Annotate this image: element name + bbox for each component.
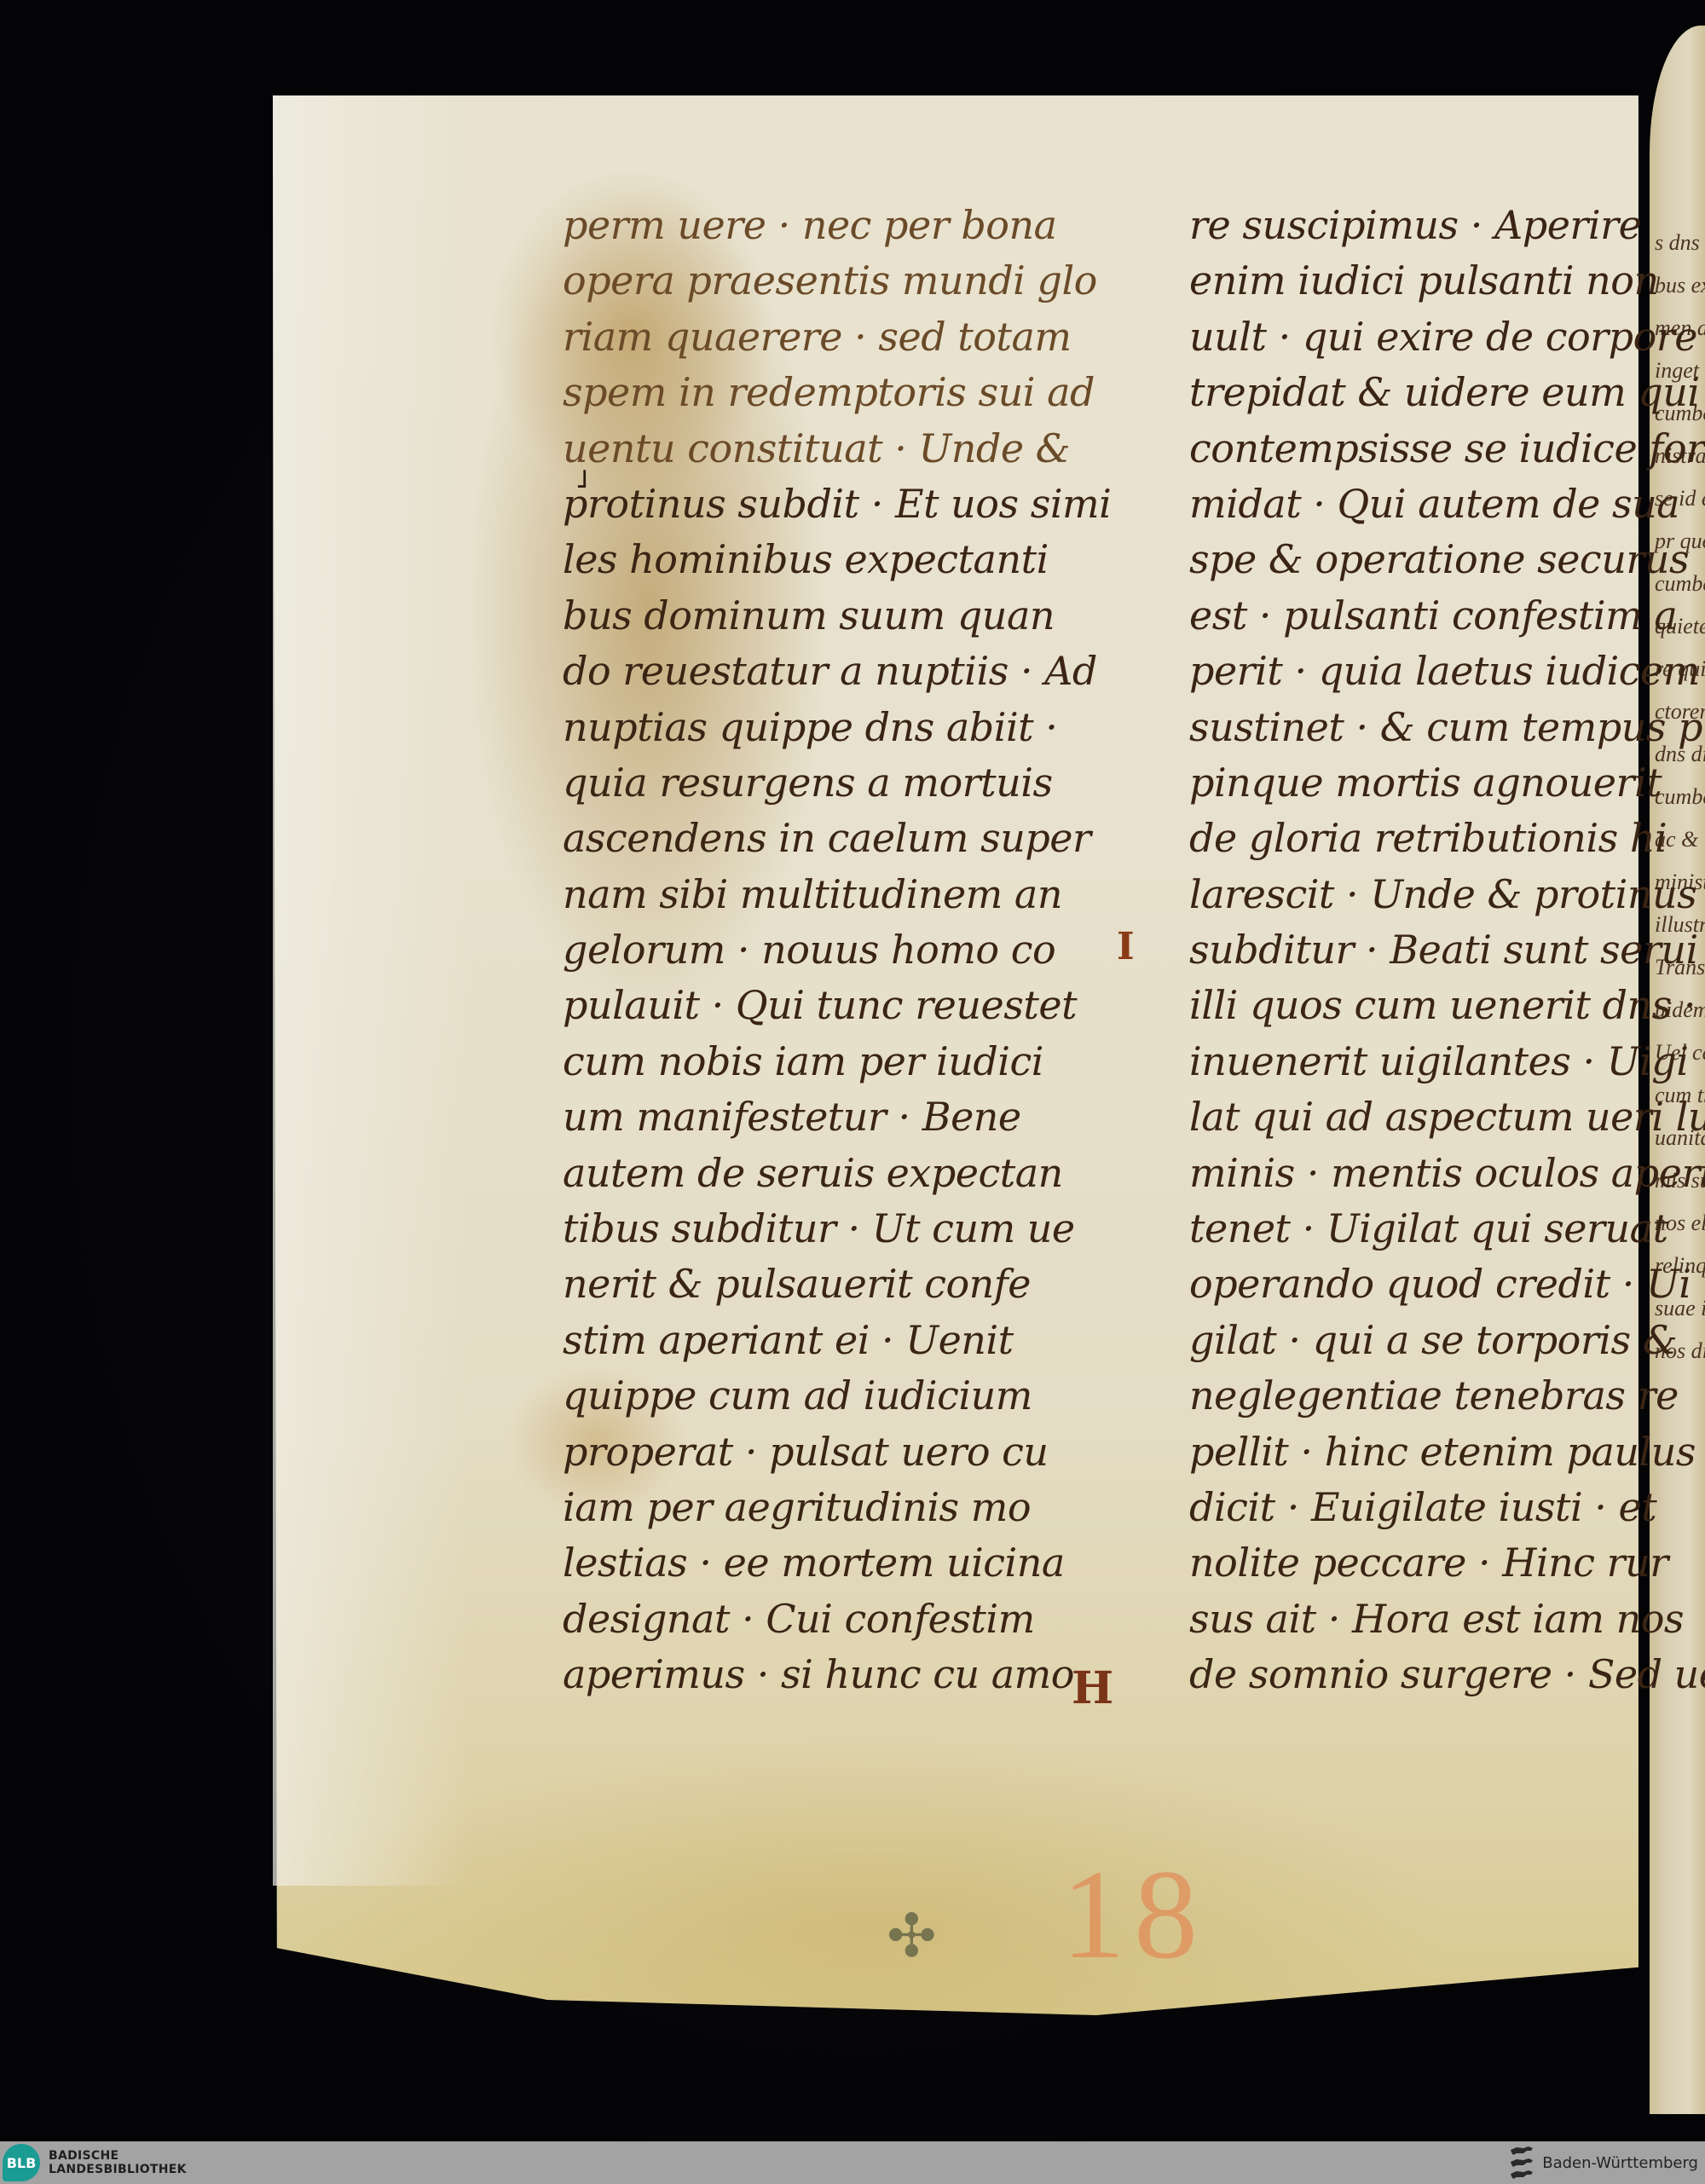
text-line: properat · pulsat uero cu (563, 1424, 1108, 1480)
quire-signature-mark: H (1072, 1662, 1113, 1714)
text-line: bus dominum suum quan (563, 588, 1108, 644)
text-line: est · pulsanti confestim a (1189, 588, 1650, 644)
text-line: trepidat & uidere eum qui (1189, 365, 1650, 420)
blb-logo[interactable]: BLB BADISCHE LANDESBIBLIOTHEK (0, 2141, 187, 2184)
text-line: aperimus · si hunc cu amo (563, 1647, 1108, 1702)
text-line: spe & operatione securus (1189, 532, 1650, 587)
blb-badge-icon: BLB (3, 2144, 40, 2181)
text-line: nerit & pulsauerit confe (563, 1257, 1108, 1312)
text-line: uult · qui exire de corpore (1189, 309, 1650, 365)
text-line: nolite peccare · Hinc rur (1189, 1535, 1650, 1591)
text-line: lat qui ad aspectum ueri lu (1189, 1089, 1650, 1145)
text-line: autem de seruis expectan (563, 1146, 1108, 1201)
text-line: perit · quia laetus iudicem (1189, 644, 1650, 699)
footer-bar: BLB BADISCHE LANDESBIBLIOTHEK Baden-Würt… (0, 2141, 1705, 2184)
text-line: re suscipimus · Aperire (1189, 198, 1650, 253)
blb-line-1: BADISCHE (49, 2149, 187, 2163)
text-column-right: re suscipimus · Aperire enim iudici puls… (1189, 198, 1650, 1703)
text-line: quippe cum ad iudicium (563, 1368, 1108, 1424)
baden-wuerttemberg-wordmark: Baden-Württemberg (1542, 2154, 1698, 2172)
text-line: contempsisse se iudice for (1189, 421, 1650, 477)
text-line: lestias · ee mortem uicina (563, 1535, 1108, 1591)
ink-blot: ✣ (887, 1901, 937, 1971)
text-line: tibus subditur · Ut cum ue (563, 1201, 1108, 1257)
text-line: ascendens in caelum super (563, 811, 1108, 866)
text-line: spem in redemptoris sui ad (563, 365, 1108, 420)
text-line: perm uere · nec per bona (563, 198, 1108, 253)
text-line: de somnio surgere · Sed ue (1189, 1647, 1650, 1702)
text-line: pinque mortis agnouerit (1189, 755, 1650, 811)
text-line: quia resurgens a mortuis (563, 755, 1108, 811)
text-line: tenet · Uigilat qui seruat (1189, 1201, 1650, 1257)
margin-tick-mark: ˩ (575, 465, 588, 494)
text-line: neglegentiae tenebras re (1189, 1368, 1650, 1424)
text-line: protinus subdit · Et uos simi (563, 477, 1108, 532)
text-line: sustinet · & cum tempus p (1189, 700, 1650, 755)
text-line: larescit · Unde & protinus (1189, 867, 1650, 922)
text-line: operando quod credit · Ui (1189, 1257, 1650, 1312)
text-line: gilat · qui a se torporis & (1189, 1313, 1650, 1368)
text-line: illi quos cum uenerit dns · (1189, 978, 1650, 1033)
text-line: nuptias quippe dns abiit · (563, 700, 1108, 755)
text-line: designat · Cui confestim (563, 1592, 1108, 1647)
text-line: opera praesentis mundi glo (563, 253, 1108, 309)
text-line: uentu constituat · Unde & (563, 421, 1108, 477)
text-line: nam sibi multitudinem an (563, 867, 1108, 922)
text-line: pellit · hinc etenim paulus (1189, 1424, 1650, 1480)
text-line: les hominibus expectanti (563, 532, 1108, 587)
text-line: sus ait · Hora est iam nos (1189, 1592, 1650, 1647)
text-line: inuenerit uigilantes · Uigi (1189, 1034, 1650, 1089)
three-lions-icon (1508, 2143, 1535, 2182)
folio-number: 18 (1061, 1841, 1206, 1988)
text-line: iam per aegritudinis mo (563, 1480, 1108, 1535)
text-line: stim aperiant ei · Uenit (563, 1313, 1108, 1368)
text-line: de gloria retributionis hi (1189, 811, 1650, 866)
text-line: um manifestetur · Bene (563, 1089, 1108, 1145)
text-line: pulauit · Qui tunc reuestet (563, 978, 1108, 1033)
baden-wuerttemberg-logo[interactable]: Baden-Württemberg (1508, 2143, 1698, 2182)
text-line: dicit · Euigilate iusti · et (1189, 1480, 1650, 1535)
text-line: cum nobis iam per iudici (563, 1034, 1108, 1089)
text-line: midat · Qui autem de sua (1189, 477, 1650, 532)
text-line: enim iudici pulsanti non (1189, 253, 1650, 309)
text-line: riam quaerere · sed totam (563, 309, 1108, 365)
blb-line-2: LANDESBIBLIOTHEK (49, 2163, 187, 2176)
margin-initial-mark: I (1117, 925, 1135, 968)
text-column-left: perm uere · nec per bona opera praesenti… (563, 198, 1108, 1703)
text-line: do reuestatur a nuptiis · Ad (563, 644, 1108, 699)
text-line: gelorum · nouus homo co (563, 922, 1108, 978)
text-line: minis · mentis oculos apertos (1189, 1146, 1650, 1201)
text-line: subditur · Beati sunt serui (1189, 922, 1650, 978)
blb-wordmark: BADISCHE LANDESBIBLIOTHEK (49, 2149, 187, 2176)
